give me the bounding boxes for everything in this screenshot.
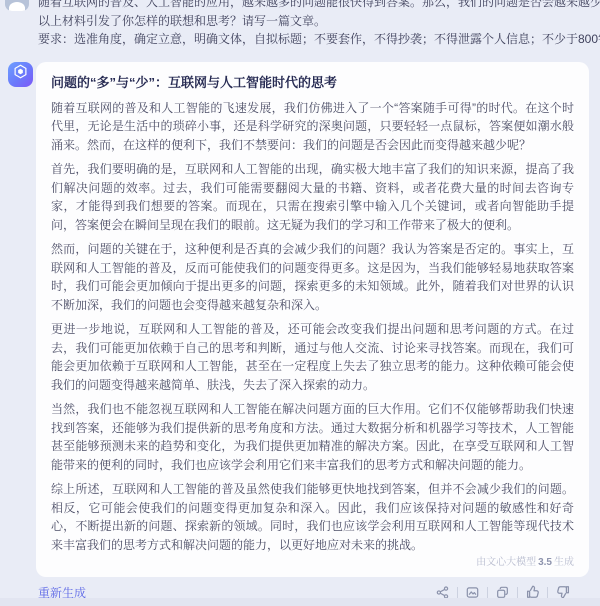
essay-paragraph: 随着互联网的普及和人工智能的飞速发展，我们仿佛进入了一个“答案随手可得”的时代。… [51, 99, 574, 155]
essay-paragraph: 然而，问题的关键在于，这种便利是否真的会减少我们的问题？我认为答案是否定的。事实… [51, 240, 574, 314]
user-message-line: 随着互联网的普及、人工智能的应用，越来越多的问题能很快得到答案。那么，我们的问题… [38, 0, 600, 12]
model-version: 3.5 [538, 557, 552, 568]
essay-paragraph: 更进一步地说，互联网和人工智能的普及，还可能会改变我们提出问题和思考问题的方式。… [51, 320, 574, 394]
user-message-line: 以上材料引发了你怎样的联想和思考？请写一篇文章。 [38, 12, 600, 31]
assistant-message: 问题的“多”与“少”：互联网与人工智能时代的思考 随着互联网的普及和人工智能的飞… [8, 62, 600, 578]
essay-paragraph: 首先，我们要明确的是，互联网和人工智能的出现，确实极大地丰富了我们的知识来源，提… [51, 160, 574, 234]
assistant-avatar [8, 62, 33, 87]
essay-body: 随着互联网的普及和人工智能的飞速发展，我们仿佛进入了一个“答案随手可得”的时代。… [51, 99, 574, 555]
model-attribution: 由文心大模型3.5生成 [51, 556, 574, 569]
essay-paragraph: 综上所述，互联网和人工智能的普及虽然使我们能够更快地找到答案，但并不会减少我们的… [51, 480, 574, 554]
user-message-line: 要求：选准角度，确定立意，明确文体，自拟标题；不要套作，不得抄袭；不得泄露个人信… [38, 30, 600, 49]
assistant-answer-card: 问题的“多”与“少”：互联网与人工智能时代的思考 随着互联网的普及和人工智能的飞… [36, 62, 589, 578]
essay-paragraph: 当然，我们也不能忽视互联网和人工智能在解决问题方面的巨大作用。它们不仅能够帮助我… [51, 400, 574, 474]
chat-conversation: 随着互联网的普及、人工智能的应用，越来越多的问题能很快得到答案。那么，我们的问题… [0, 0, 600, 606]
user-message-text: 随着互联网的普及、人工智能的应用，越来越多的问题能很快得到答案。那么，我们的问题… [38, 0, 600, 49]
ernie-logo-icon [12, 63, 29, 85]
bottom-panel-edge [0, 598, 600, 606]
essay-title: 问题的“多”与“少”：互联网与人工智能时代的思考 [51, 74, 574, 91]
user-avatar [5, 0, 29, 11]
user-message: 随着互联网的普及、人工智能的应用，越来越多的问题能很快得到答案。那么，我们的问题… [5, 0, 600, 49]
